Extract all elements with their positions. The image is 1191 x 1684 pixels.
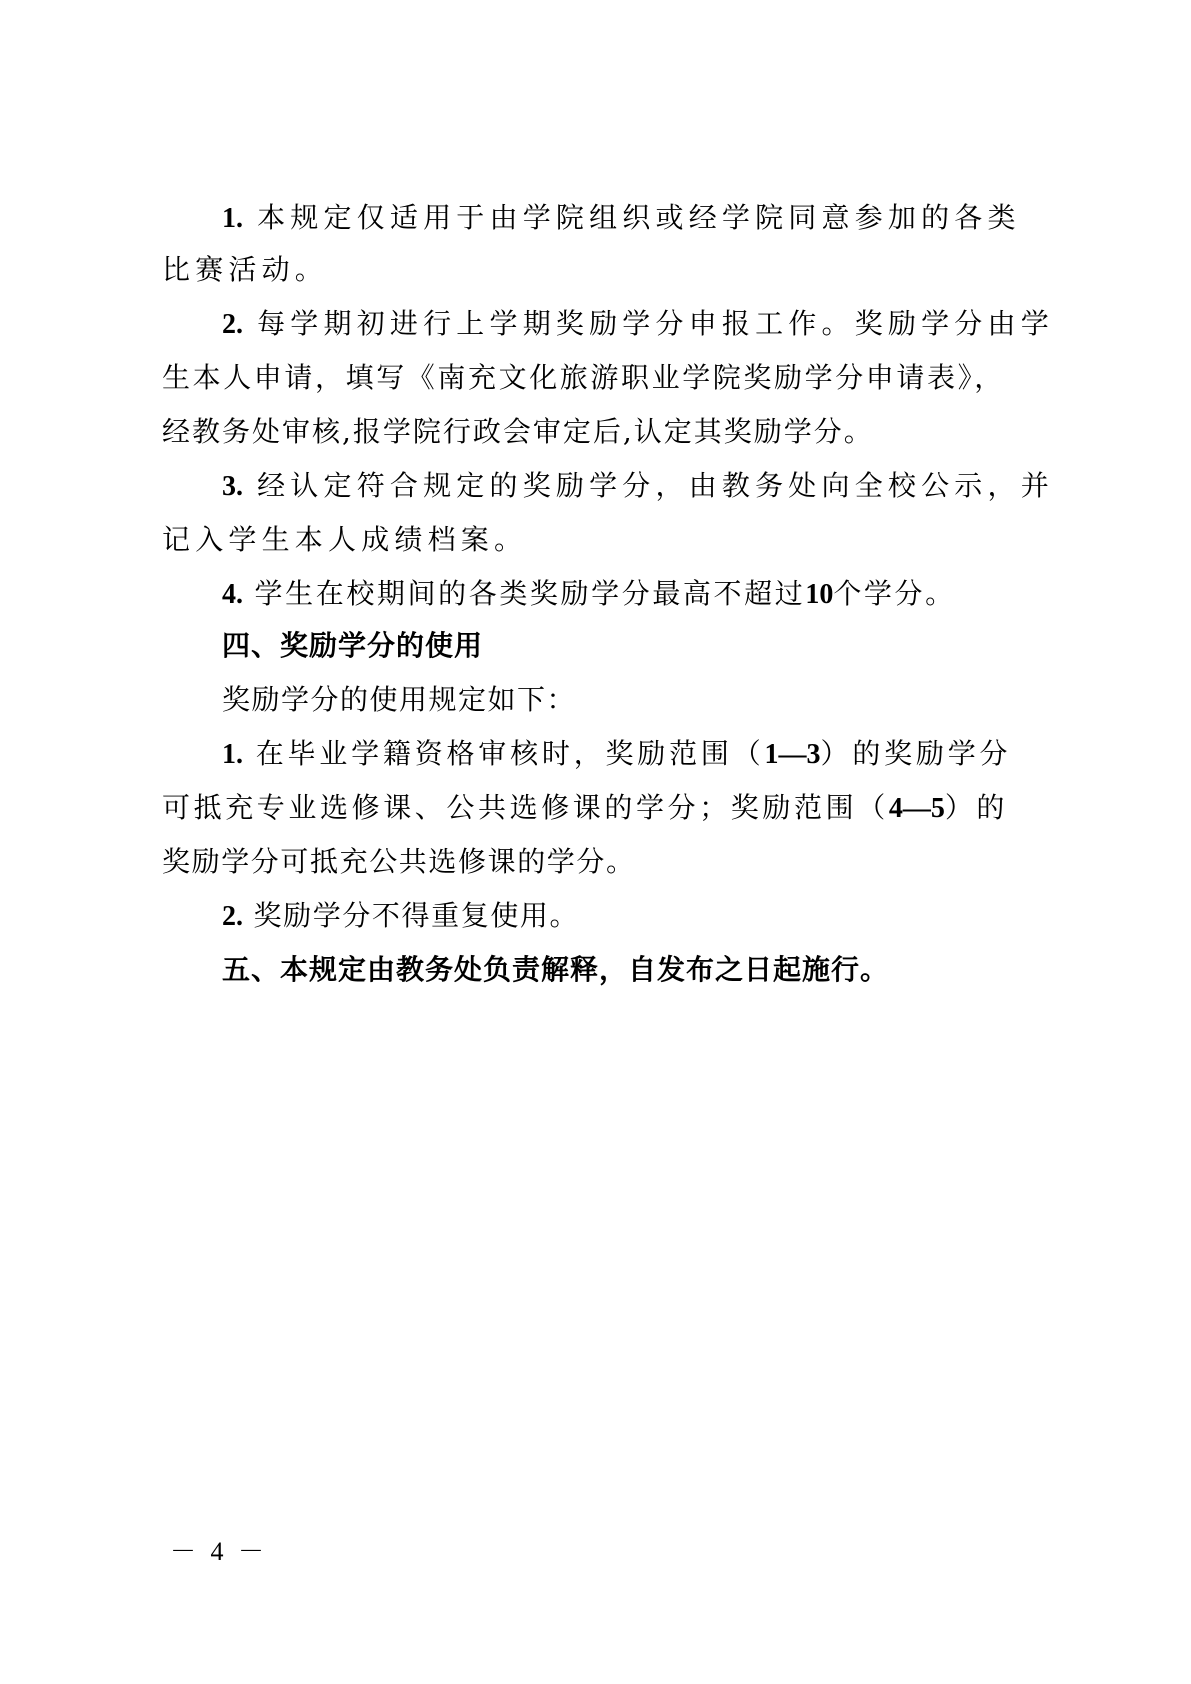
item-text: 本规定仅适用于由学院组织或经学院同意参加的各类 bbox=[257, 201, 1021, 234]
section-heading-4: 四、奖励学分的使用 bbox=[222, 626, 1102, 666]
item-3-line-1: 3. 经认定符合规定的奖励学分，由教务处向全校公示，并 bbox=[222, 466, 1102, 507]
item-number: 4. bbox=[222, 579, 243, 610]
item-number: 2. bbox=[222, 901, 243, 932]
item-text: 每学期初进行上学期奖励学分申报工作。奖励学分由学 bbox=[257, 307, 1054, 340]
item-1-line-1: 1. 本规定仅适用于由学院组织或经学院同意参加的各类 bbox=[222, 198, 1102, 239]
section-4-intro: 奖励学分的使用规定如下： bbox=[222, 680, 1102, 720]
item-4-line-1: 4. 学生在校期间的各类奖励学分最高不超过10个学分。 bbox=[222, 574, 1102, 615]
range-value: 4—5 bbox=[889, 793, 945, 824]
item-text: 学生在校期间的各类奖励学分最高不超过 bbox=[255, 577, 806, 610]
item-text: ）的奖励学分 bbox=[821, 737, 1012, 770]
item-2-line-1: 2. 每学期初进行上学期奖励学分申报工作。奖励学分由学 bbox=[222, 304, 1102, 345]
usage-item-2-line-1: 2. 奖励学分不得重复使用。 bbox=[222, 896, 1102, 937]
item-2-line-2: 生本人申请，填写《南充文化旅游职业学院奖励学分申请表》， bbox=[162, 358, 1042, 398]
item-text: 可抵充专业选修课、公共选修课的学分；奖励范围（ bbox=[162, 791, 889, 824]
item-text: 经认定符合规定的奖励学分，由教务处向全校公示，并 bbox=[257, 469, 1054, 502]
item-text: 在毕业学籍资格审核时，奖励范围（ bbox=[256, 737, 765, 770]
item-number: 3. bbox=[222, 471, 243, 502]
item-1-line-2: 比赛活动。 bbox=[162, 250, 1042, 290]
item-2-line-3: 经教务处审核,报学院行政会审定后,认定其奖励学分。 bbox=[162, 412, 1042, 452]
usage-item-1-line-1: 1. 在毕业学籍资格审核时，奖励范围（1—3）的奖励学分 bbox=[222, 734, 1102, 775]
item-number: 2. bbox=[222, 309, 243, 340]
section-heading-5: 五、本规定由教务处负责解释，自发布之日起施行。 bbox=[222, 950, 1102, 990]
usage-item-1-line-3: 奖励学分可抵充公共选修课的学分。 bbox=[162, 842, 1042, 882]
document-page: 1. 本规定仅适用于由学院组织或经学院同意参加的各类 比赛活动。 2. 每学期初… bbox=[0, 0, 1191, 1684]
item-3-line-2: 记入学生本人成绩档案。 bbox=[162, 520, 1042, 560]
page-number: － 4 － bbox=[170, 1537, 268, 1567]
item-text: 个学分。 bbox=[833, 577, 955, 610]
range-value: 1—3 bbox=[765, 739, 821, 770]
usage-item-1-line-2: 可抵充专业选修课、公共选修课的学分；奖励范围（4—5）的 bbox=[162, 788, 1042, 829]
credit-limit-value: 10 bbox=[805, 579, 833, 610]
item-text: 奖励学分不得重复使用。 bbox=[254, 899, 580, 932]
item-text: ）的 bbox=[945, 791, 1008, 824]
item-number: 1. bbox=[222, 203, 243, 234]
item-number: 1. bbox=[222, 739, 243, 770]
